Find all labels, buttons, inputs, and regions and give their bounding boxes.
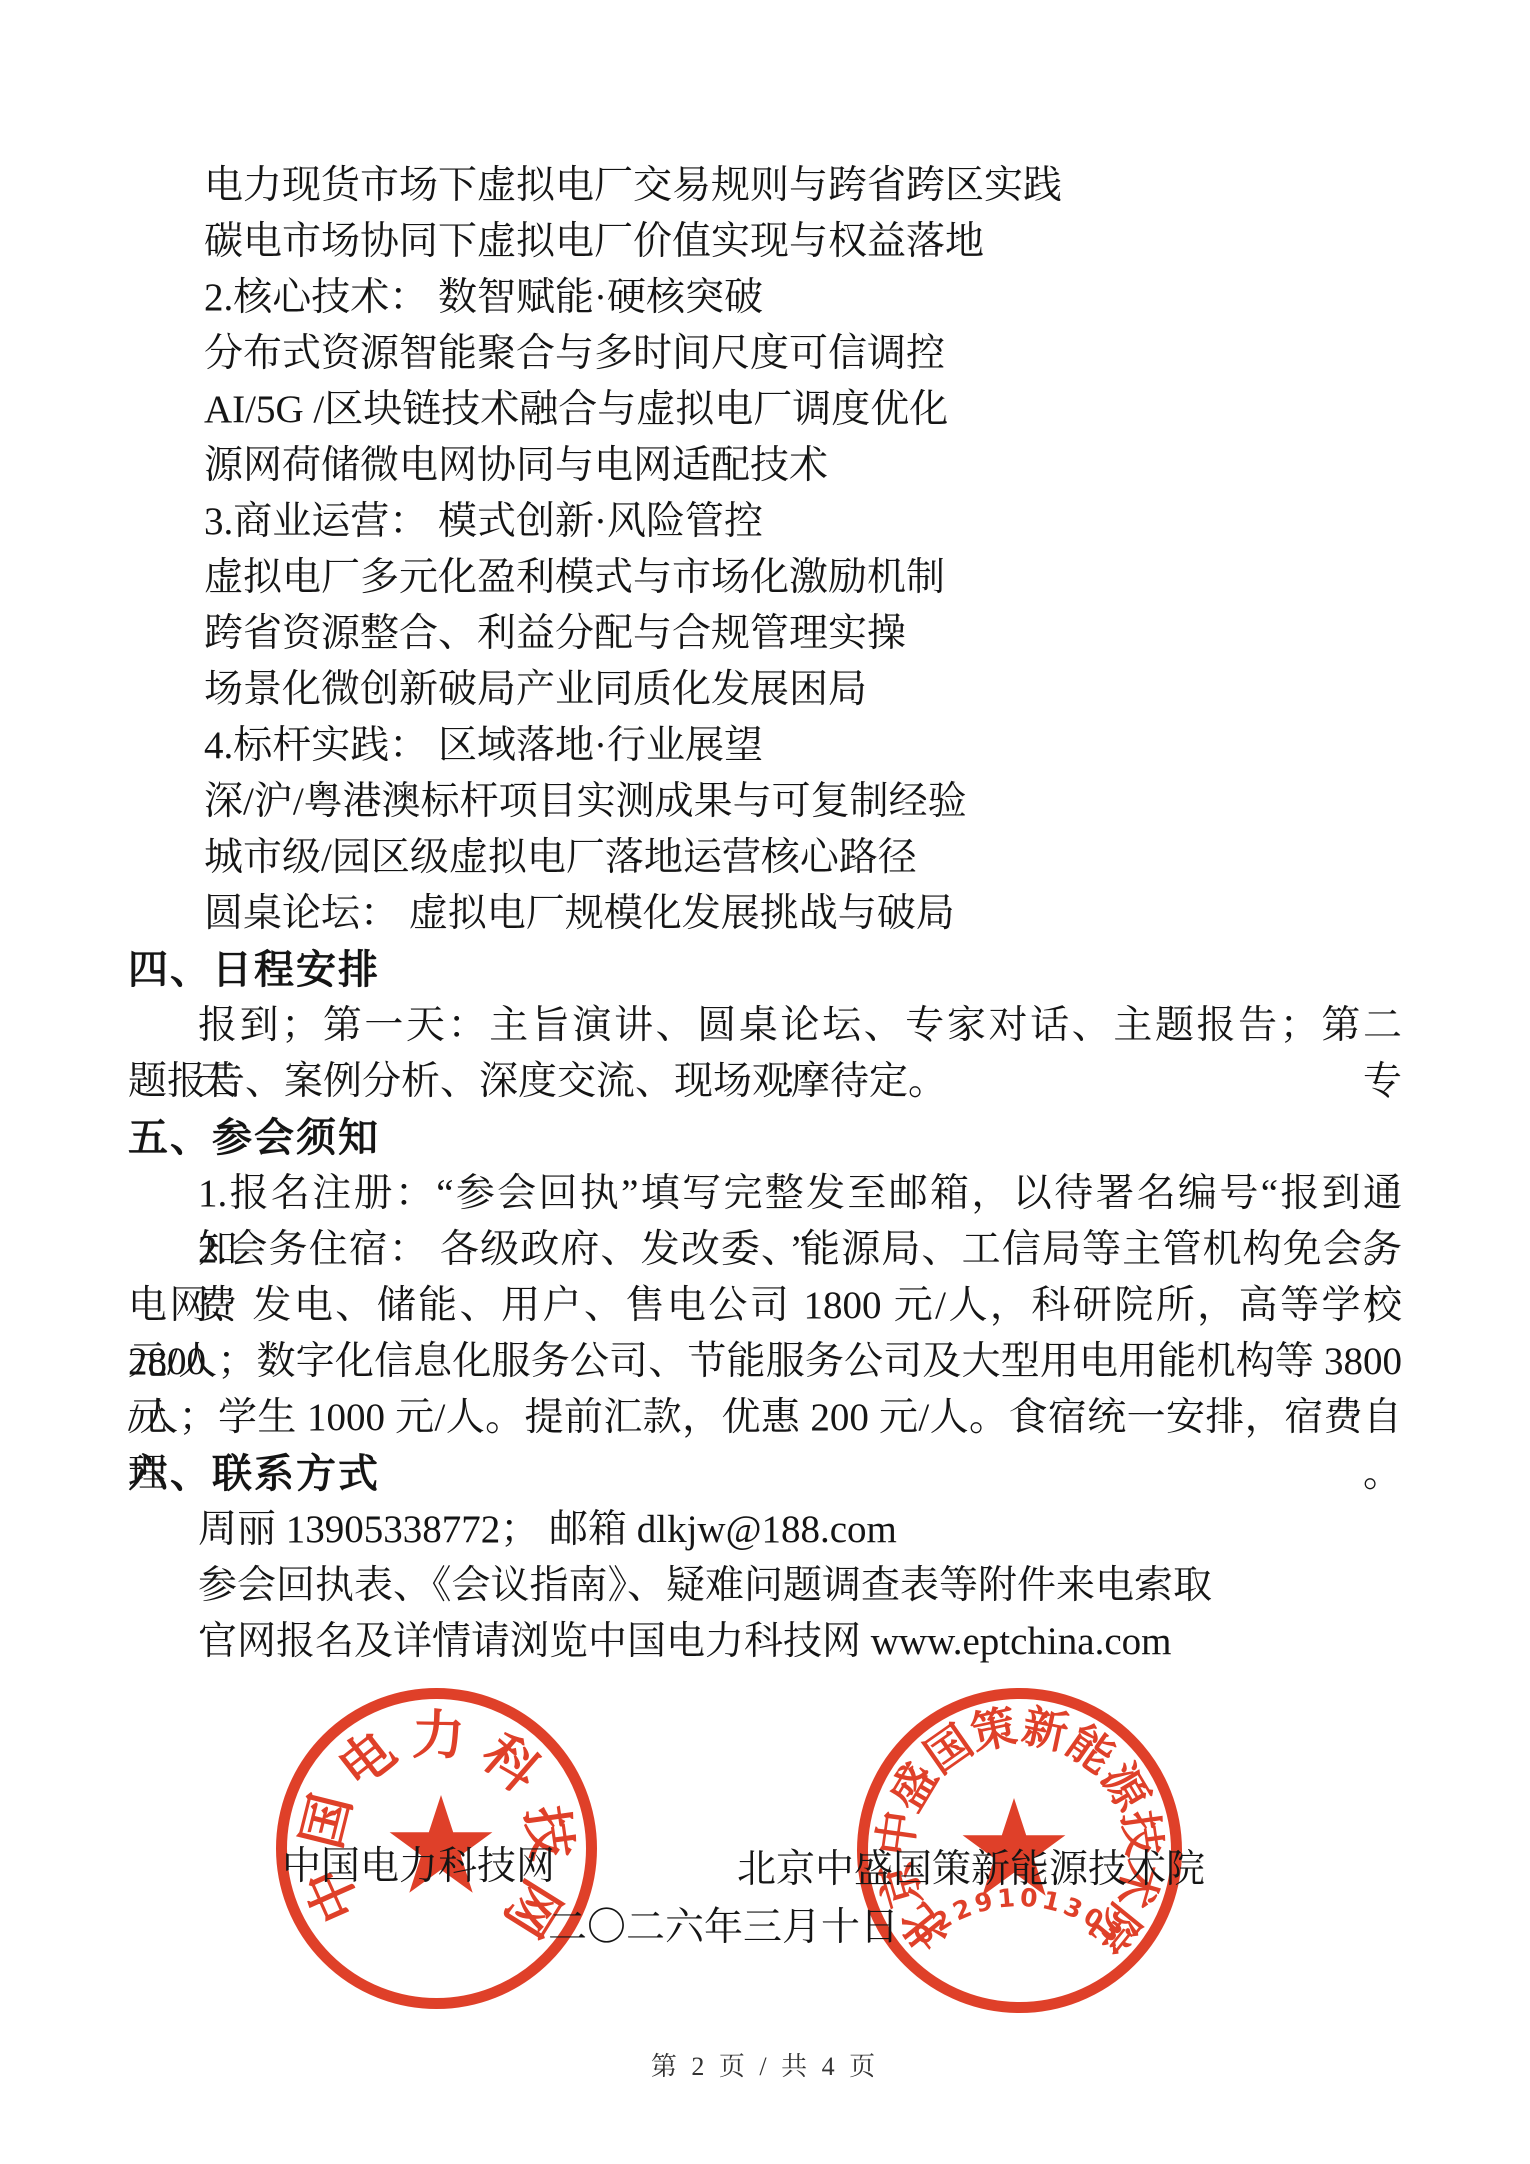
doc-line: AI/5G /区块链技术融合与虚拟电厂调度优化 bbox=[204, 382, 948, 438]
doc-line: 分布式资源智能聚合与多时间尺度可信调控 bbox=[204, 326, 945, 382]
signature-date: 二〇二六年三月十日 bbox=[548, 1903, 899, 1953]
doc-line: 虚拟电厂多元化盈利模式与市场化激励机制 bbox=[204, 550, 945, 606]
doc-line: 参会回执表、《会议指南》、疑难问题调查表等附件来电索取 bbox=[198, 1558, 1212, 1614]
seal-character: 策 bbox=[967, 1701, 1021, 1759]
doc-line: 跨省资源整合、利益分配与合规管理实操 bbox=[204, 606, 906, 662]
doc-line: 3.商业运营： 模式创新·风险管控 bbox=[204, 494, 763, 550]
doc-line: 碳电市场协同下虚拟电厂价值实现与权益落地 bbox=[204, 214, 984, 270]
page-number-footer: 第 2 页 / 共 4 页 bbox=[0, 2046, 1530, 2083]
doc-line: 元/人；数字化信息化服务公司、节能服务公司及大型用电用能机构等 3800 元 bbox=[128, 1334, 1402, 1390]
doc-line: 题报告、案例分析、深度交流、现场观摩待定。 bbox=[128, 1054, 947, 1110]
doc-line: 4.标杆实践： 区域落地·行业展望 bbox=[204, 718, 763, 774]
doc-line: 源网荷储微电网协同与电网适配技术 bbox=[204, 438, 828, 494]
doc-line: 1.报名注册：“参会回执”填写完整发至邮箱，以待署名编号“报到通知”。 bbox=[198, 1166, 1402, 1222]
doc-line: 2.会务住宿： 各级政府、发改委、能源局、工信局等主管机构免会务费； bbox=[198, 1222, 1402, 1278]
section-heading: 四、日程安排 bbox=[128, 942, 380, 998]
left-organization-name: 中国电力科技网 bbox=[282, 1842, 555, 1892]
section-heading: 五、参会须知 bbox=[128, 1110, 380, 1166]
doc-line: 城市级/园区级虚拟电厂落地运营核心路径 bbox=[204, 830, 917, 886]
doc-line: 2.核心技术： 数智赋能·硬核突破 bbox=[204, 270, 763, 326]
doc-line: 深/沪/粤港澳标杆项目实测成果与可复制经验 bbox=[204, 774, 967, 830]
doc-line: 电网、发电、储能、用户、售电公司 1800 元/人，科研院所，高等学校 2800 bbox=[128, 1278, 1402, 1334]
doc-line: 报到；第一天：主旨演讲、圆桌论坛、专家对话、主题报告；第二天：专 bbox=[198, 998, 1402, 1054]
section-heading: 六、联系方式 bbox=[128, 1446, 380, 1502]
doc-line: 周丽 13905338772； 邮箱 dlkjw@188.com bbox=[198, 1502, 897, 1558]
doc-line: 圆桌论坛： 虚拟电厂规模化发展挑战与破局 bbox=[204, 886, 955, 942]
right-organization-name: 北京中盛国策新能源技术院 bbox=[737, 1845, 1205, 1895]
doc-line: /人；学生 1000 元/人。提前汇款，优惠 200 元/人。食宿统一安排，宿费… bbox=[128, 1390, 1402, 1446]
doc-line: 场景化微创新破局产业同质化发展困局 bbox=[204, 662, 867, 718]
seal-character: 力 bbox=[411, 1707, 465, 1766]
document-page: 电力现货市场下虚拟电厂交易规则与跨省跨区实践碳电市场协同下虚拟电厂价值实现与权益… bbox=[0, 0, 1530, 2164]
doc-line: 电力现货市场下虚拟电厂交易规则与跨省跨区实践 bbox=[204, 158, 1062, 214]
doc-line: 官网报名及详情请浏览中国电力科技网 www.eptchina.com bbox=[198, 1614, 1171, 1670]
